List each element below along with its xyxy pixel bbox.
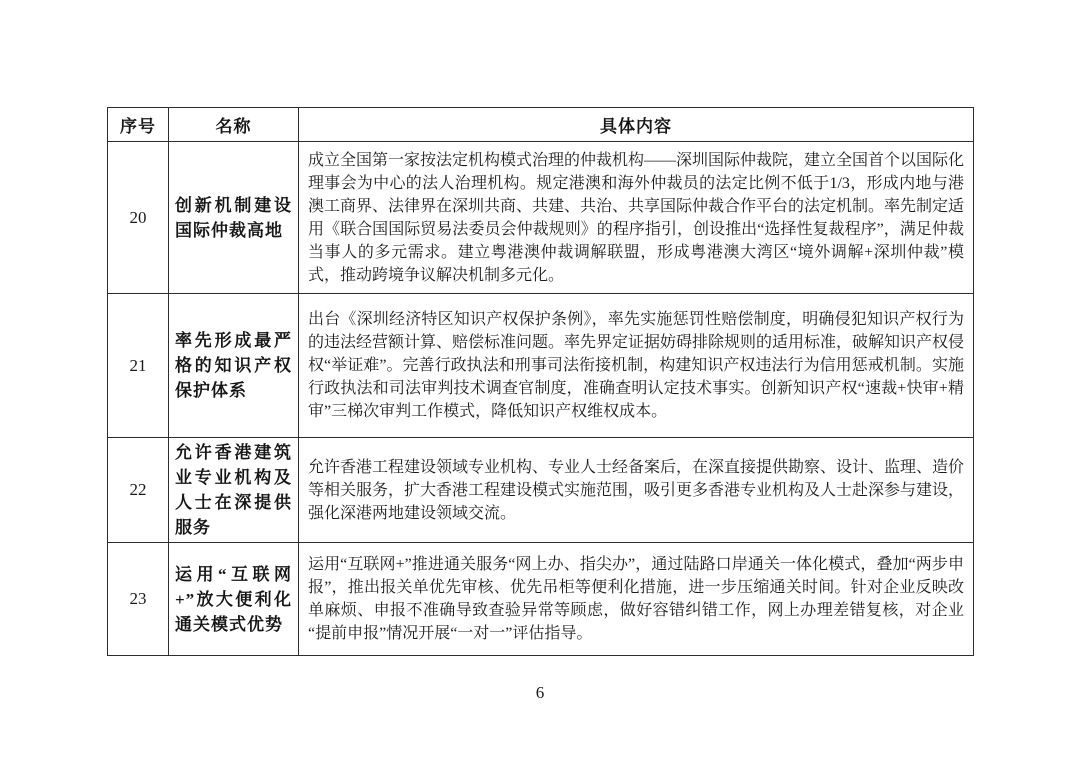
table-header: 序号 名称 具体内容	[108, 108, 974, 142]
row-name-cell: 允许香港建筑业专业机构及人士在深提供服务	[169, 438, 299, 543]
table-row: 23 运用“互联网+”放大便利化通关模式优势 运用“互联网+”推进通关服务“网上…	[108, 543, 974, 656]
column-header-name: 名称	[169, 108, 299, 142]
page-number: 6	[0, 683, 1080, 703]
row-name-cell: 创新机制建设国际仲裁高地	[169, 142, 299, 294]
row-content-cell: 运用“互联网+”推进通关服务“网上办、指尖办”，通过陆路口岸通关一体化模式，叠加…	[299, 543, 974, 656]
row-content-cell: 出台《深圳经济特区知识产权保护条例》，率先实施惩罚性赔偿制度，明确侵犯知识产权行…	[299, 294, 974, 438]
table-row: 22 允许香港建筑业专业机构及人士在深提供服务 允许香港工程建设领域专业机构、专…	[108, 438, 974, 543]
row-number-cell: 22	[108, 438, 169, 543]
row-name-cell: 运用“互联网+”放大便利化通关模式优势	[169, 543, 299, 656]
document-page: 序号 名称 具体内容 20 创新机制建设国际仲裁高地 成立全国第一家按法定机构模…	[0, 0, 1080, 764]
row-name-cell: 率先形成最严格的知识产权保护体系	[169, 294, 299, 438]
column-header-content: 具体内容	[299, 108, 974, 142]
row-content-cell: 允许香港工程建设领域专业机构、专业人士经备案后，在深直接提供勘察、设计、监理、造…	[299, 438, 974, 543]
column-header-number: 序号	[108, 108, 169, 142]
table-row: 21 率先形成最严格的知识产权保护体系 出台《深圳经济特区知识产权保护条例》，率…	[108, 294, 974, 438]
row-number-cell: 20	[108, 142, 169, 294]
policy-measures-table: 序号 名称 具体内容 20 创新机制建设国际仲裁高地 成立全国第一家按法定机构模…	[107, 107, 974, 656]
row-content-cell: 成立全国第一家按法定机构模式治理的仲裁机构——深圳国际仲裁院，建立全国首个以国际…	[299, 142, 974, 294]
row-number-cell: 21	[108, 294, 169, 438]
table-header-row: 序号 名称 具体内容	[108, 108, 974, 142]
table-body: 20 创新机制建设国际仲裁高地 成立全国第一家按法定机构模式治理的仲裁机构——深…	[108, 142, 974, 656]
table-row: 20 创新机制建设国际仲裁高地 成立全国第一家按法定机构模式治理的仲裁机构——深…	[108, 142, 974, 294]
row-number-cell: 23	[108, 543, 169, 656]
